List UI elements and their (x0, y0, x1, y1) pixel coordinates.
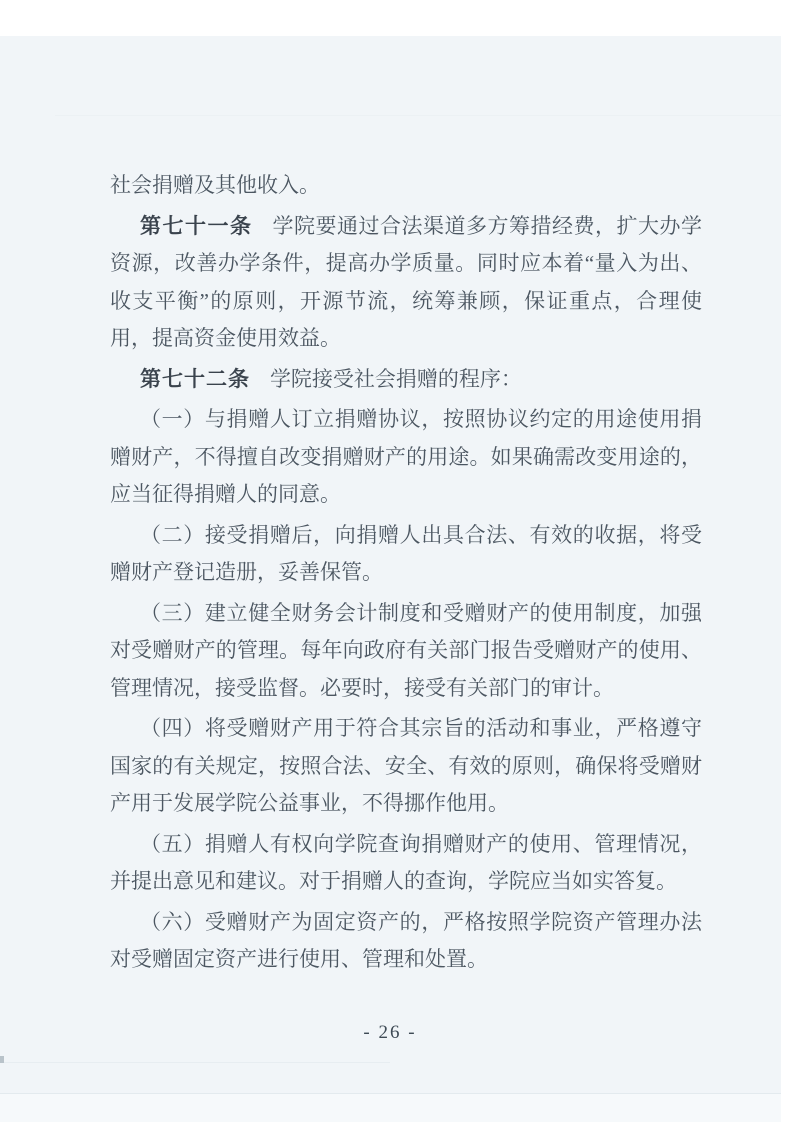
page-number: - 26 - (0, 1022, 780, 1044)
paragraph-text: （一）与捐赠人订立捐赠协议，按照协议约定的用途使用捐赠财产，不得擅自改变捐赠财产… (110, 407, 702, 506)
paragraph-text: （五）捐赠人有权向学院查询捐赠财产的使用、管理情况，并提出意见和建议。对于捐赠人… (110, 832, 702, 894)
paragraph-text: （六）受赠财产为固定资产的，严格按照学院资产管理办法对受赠固定资产进行使用、管理… (110, 910, 702, 972)
scan-bottom-band (0, 1093, 781, 1122)
scan-edge-mark (0, 1056, 4, 1063)
article-number: 第七十二条 (140, 368, 250, 391)
paragraph-text: （二）接受捐赠后，向捐赠人出具合法、有效的收据，将受赠财产登记造册，妥善保管。 (110, 523, 702, 585)
scan-artifact-line (55, 115, 781, 116)
body-paragraph: （五）捐赠人有权向学院查询捐赠财产的使用、管理情况，并提出意见和建议。对于捐赠人… (110, 826, 702, 901)
paragraph-text: 学院接受社会捐赠的程序： (270, 367, 522, 391)
article-paragraph: 第七十二条学院接受社会捐赠的程序： (110, 361, 702, 399)
paragraph-text: 社会捐赠及其他收入。 (110, 173, 320, 197)
article-number: 第七十一条 (140, 215, 253, 238)
article-paragraph: 第七十一条学院要通过合法渠道多方筹措经费，扩大办学资源，改善办学条件，提高办学质… (110, 208, 702, 358)
body-paragraph: （四）将受赠财产用于符合其宗旨的活动和事业，严格遵守国家的有关规定，按照合法、安… (110, 710, 702, 823)
body-paragraph: （一）与捐赠人订立捐赠协议，按照协议约定的用途使用捐赠财产，不得擅自改变捐赠财产… (110, 401, 702, 514)
body-paragraph: （六）受赠财产为固定资产的，严格按照学院资产管理办法对受赠固定资产进行使用、管理… (110, 904, 702, 979)
document-page: 社会捐赠及其他收入。第七十一条学院要通过合法渠道多方筹措经费，扩大办学资源，改善… (0, 0, 793, 1122)
body-paragraph: （二）接受捐赠后，向捐赠人出具合法、有效的收据，将受赠财产登记造册，妥善保管。 (110, 517, 702, 592)
paragraph-text: （三）建立健全财务会计制度和受赠财产的使用制度，加强对受赠财产的管理。每年向政府… (110, 601, 702, 700)
body-paragraph: （三）建立健全财务会计制度和受赠财产的使用制度，加强对受赠财产的管理。每年向政府… (110, 595, 702, 708)
paragraph-text: （四）将受赠财产用于符合其宗旨的活动和事业，严格遵守国家的有关规定，按照合法、安… (110, 716, 702, 815)
document-body: 社会捐赠及其他收入。第七十一条学院要通过合法渠道多方筹措经费，扩大办学资源，改善… (110, 167, 702, 982)
body-paragraph: 社会捐赠及其他收入。 (110, 167, 702, 205)
scan-artifact-line (0, 1062, 390, 1063)
